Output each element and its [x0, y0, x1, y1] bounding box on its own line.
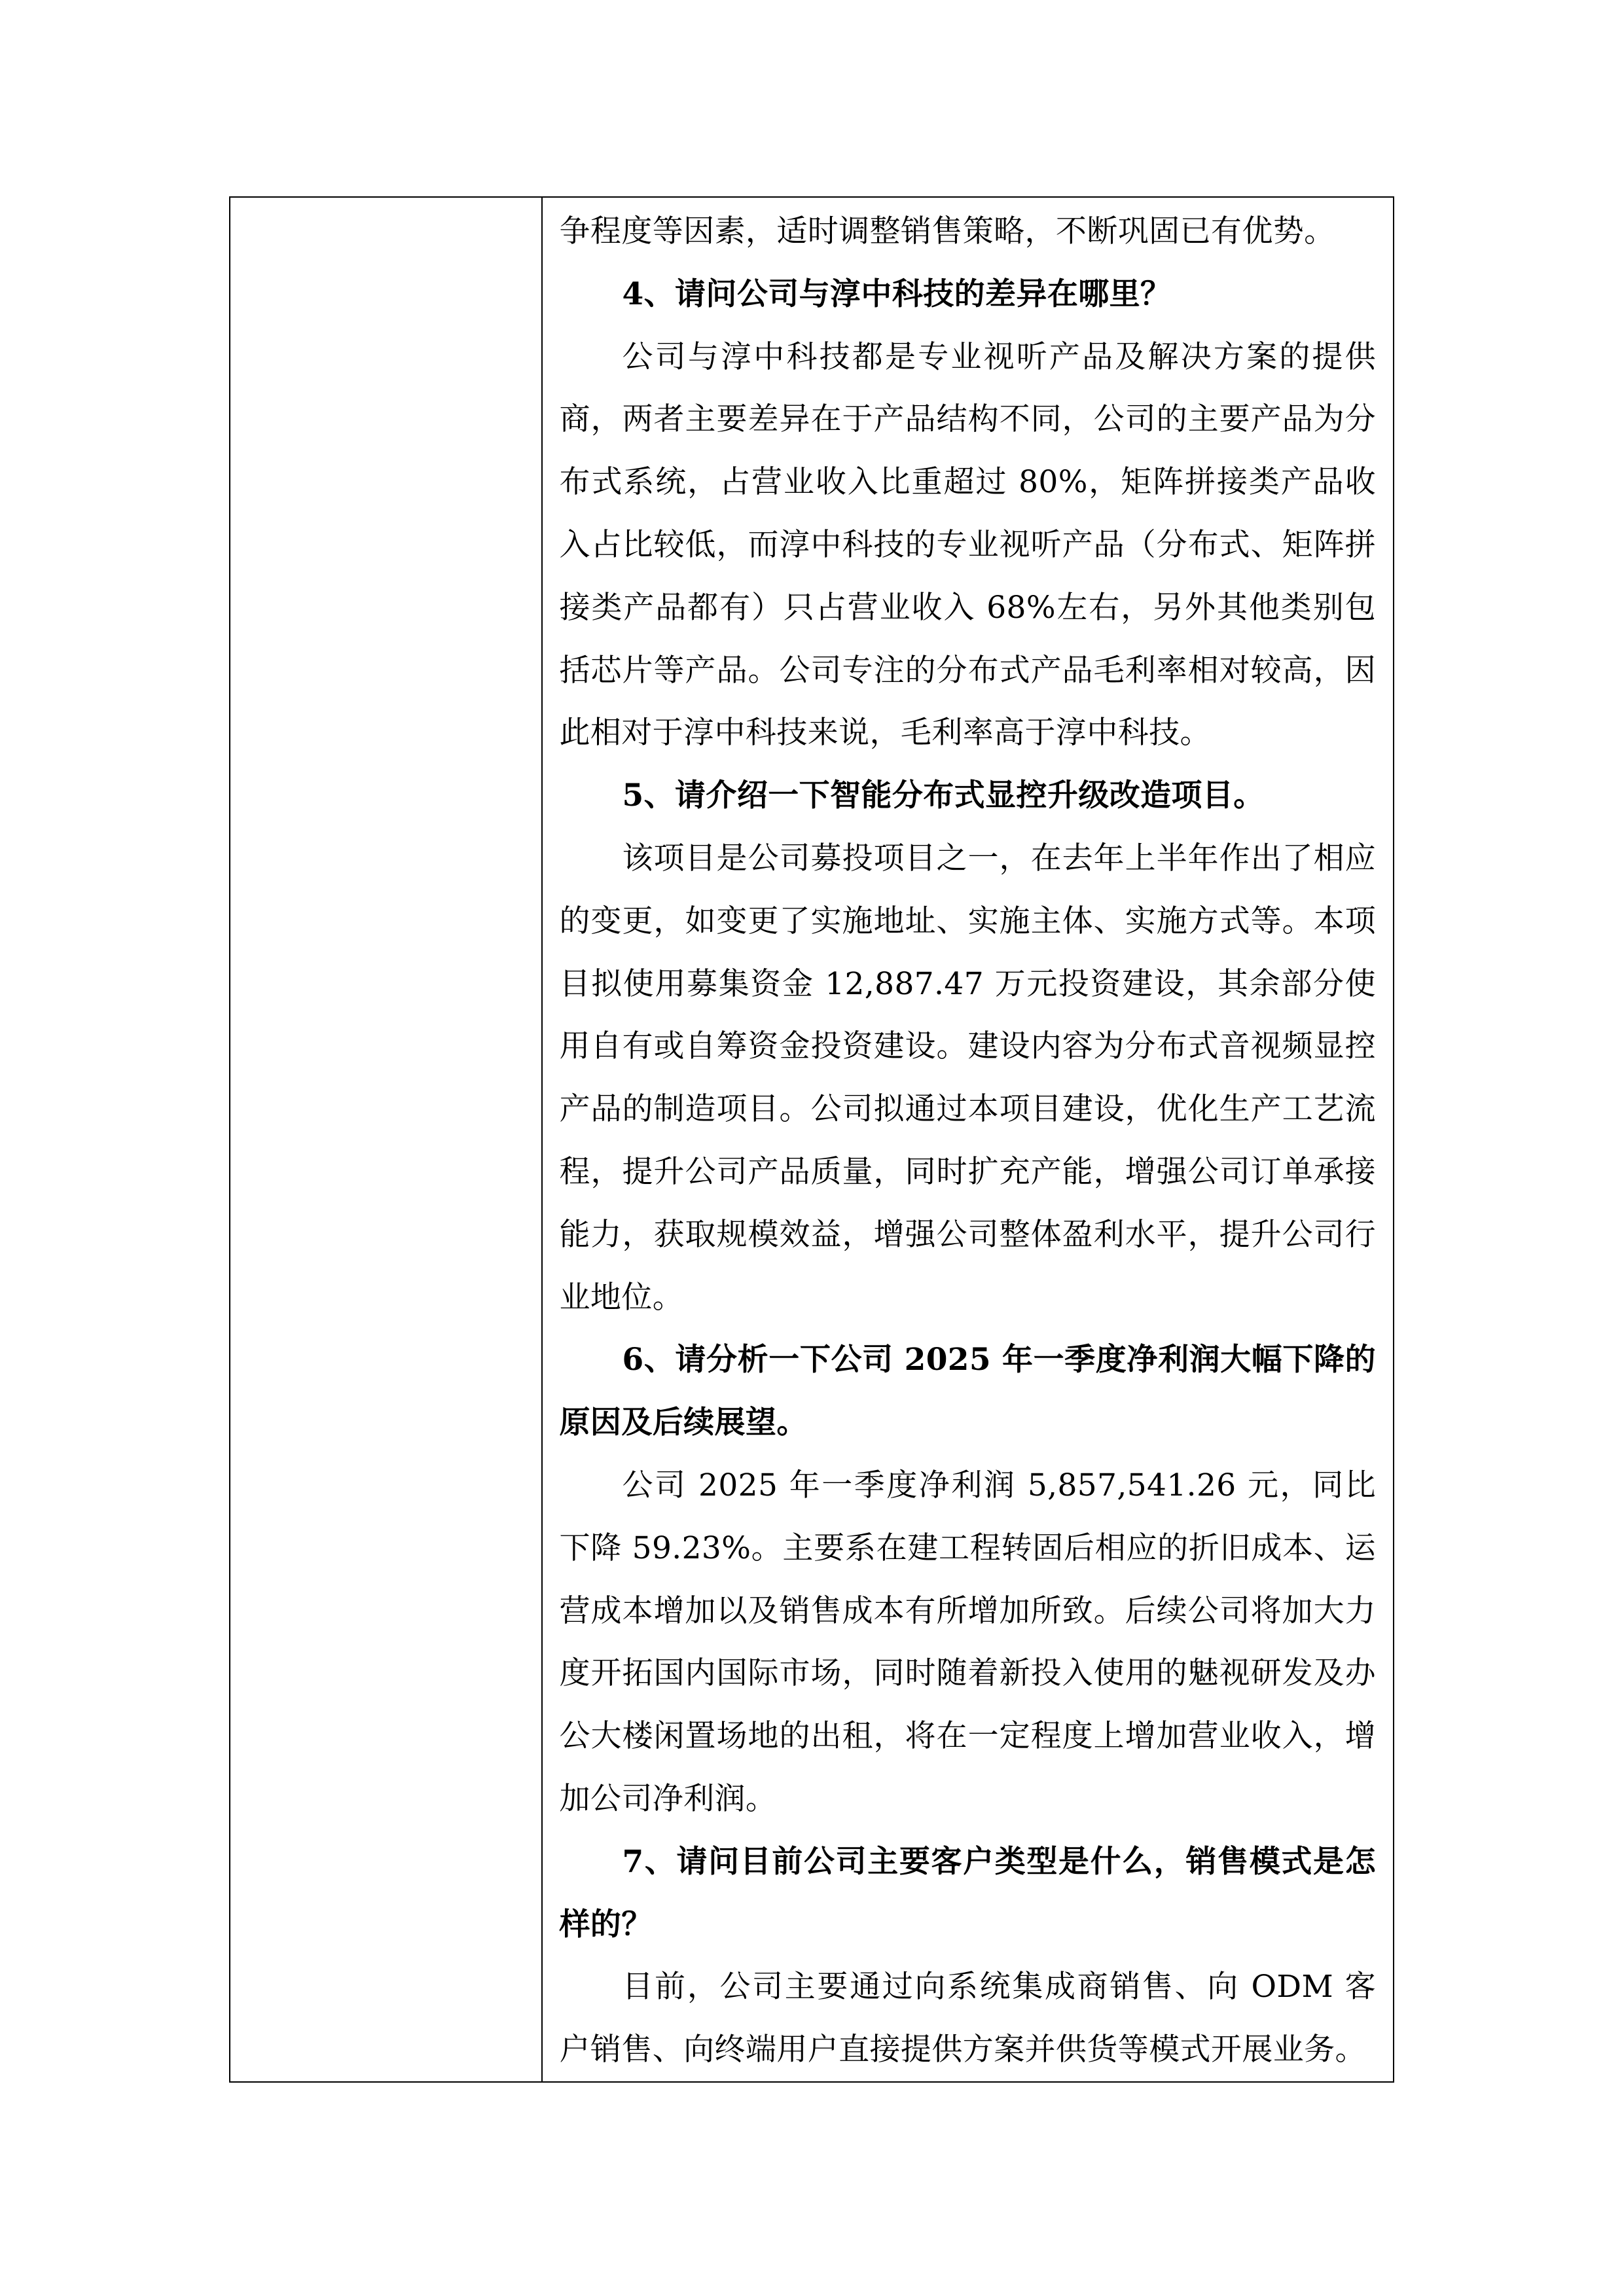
question-4: 4、请问公司与淳中科技的差异在哪里？ [560, 263, 1376, 326]
continuation-paragraph: 争程度等因素，适时调整销售策略，不断巩固已有优势。 [560, 200, 1376, 263]
question-7: 7、请问目前公司主要客户类型是什么，销售模式是怎样的？ [560, 1831, 1376, 1956]
answer-5: 该项目是公司募投项目之一，在去年上半年作出了相应的变更，如变更了实施地址、实施主… [560, 827, 1376, 1329]
table-row: 争程度等因素，适时调整销售策略，不断巩固已有优势。 4、请问公司与淳中科技的差异… [230, 197, 1394, 2082]
answer-7: 目前，公司主要通过向系统集成商销售、向 ODM 客户销售、向终端用户直接提供方案… [560, 1956, 1376, 2081]
question-5: 5、请介绍一下智能分布式显控升级改造项目。 [560, 764, 1376, 827]
question-6: 6、请分析一下公司 2025 年一季度净利润大幅下降的原因及后续展望。 [560, 1329, 1376, 1454]
answer-4: 公司与淳中科技都是专业视听产品及解决方案的提供商，两者主要差异在于产品结构不同，… [560, 326, 1376, 765]
answer-6: 公司 2025 年一季度净利润 5,857,541.26 元，同比下降 59.2… [560, 1454, 1376, 1831]
label-cell [230, 197, 542, 2082]
record-table: 争程度等因素，适时调整销售策略，不断巩固已有优势。 4、请问公司与淳中科技的差异… [229, 196, 1394, 2083]
content-cell: 争程度等因素，适时调整销售策略，不断巩固已有优势。 4、请问公司与淳中科技的差异… [542, 197, 1394, 2082]
